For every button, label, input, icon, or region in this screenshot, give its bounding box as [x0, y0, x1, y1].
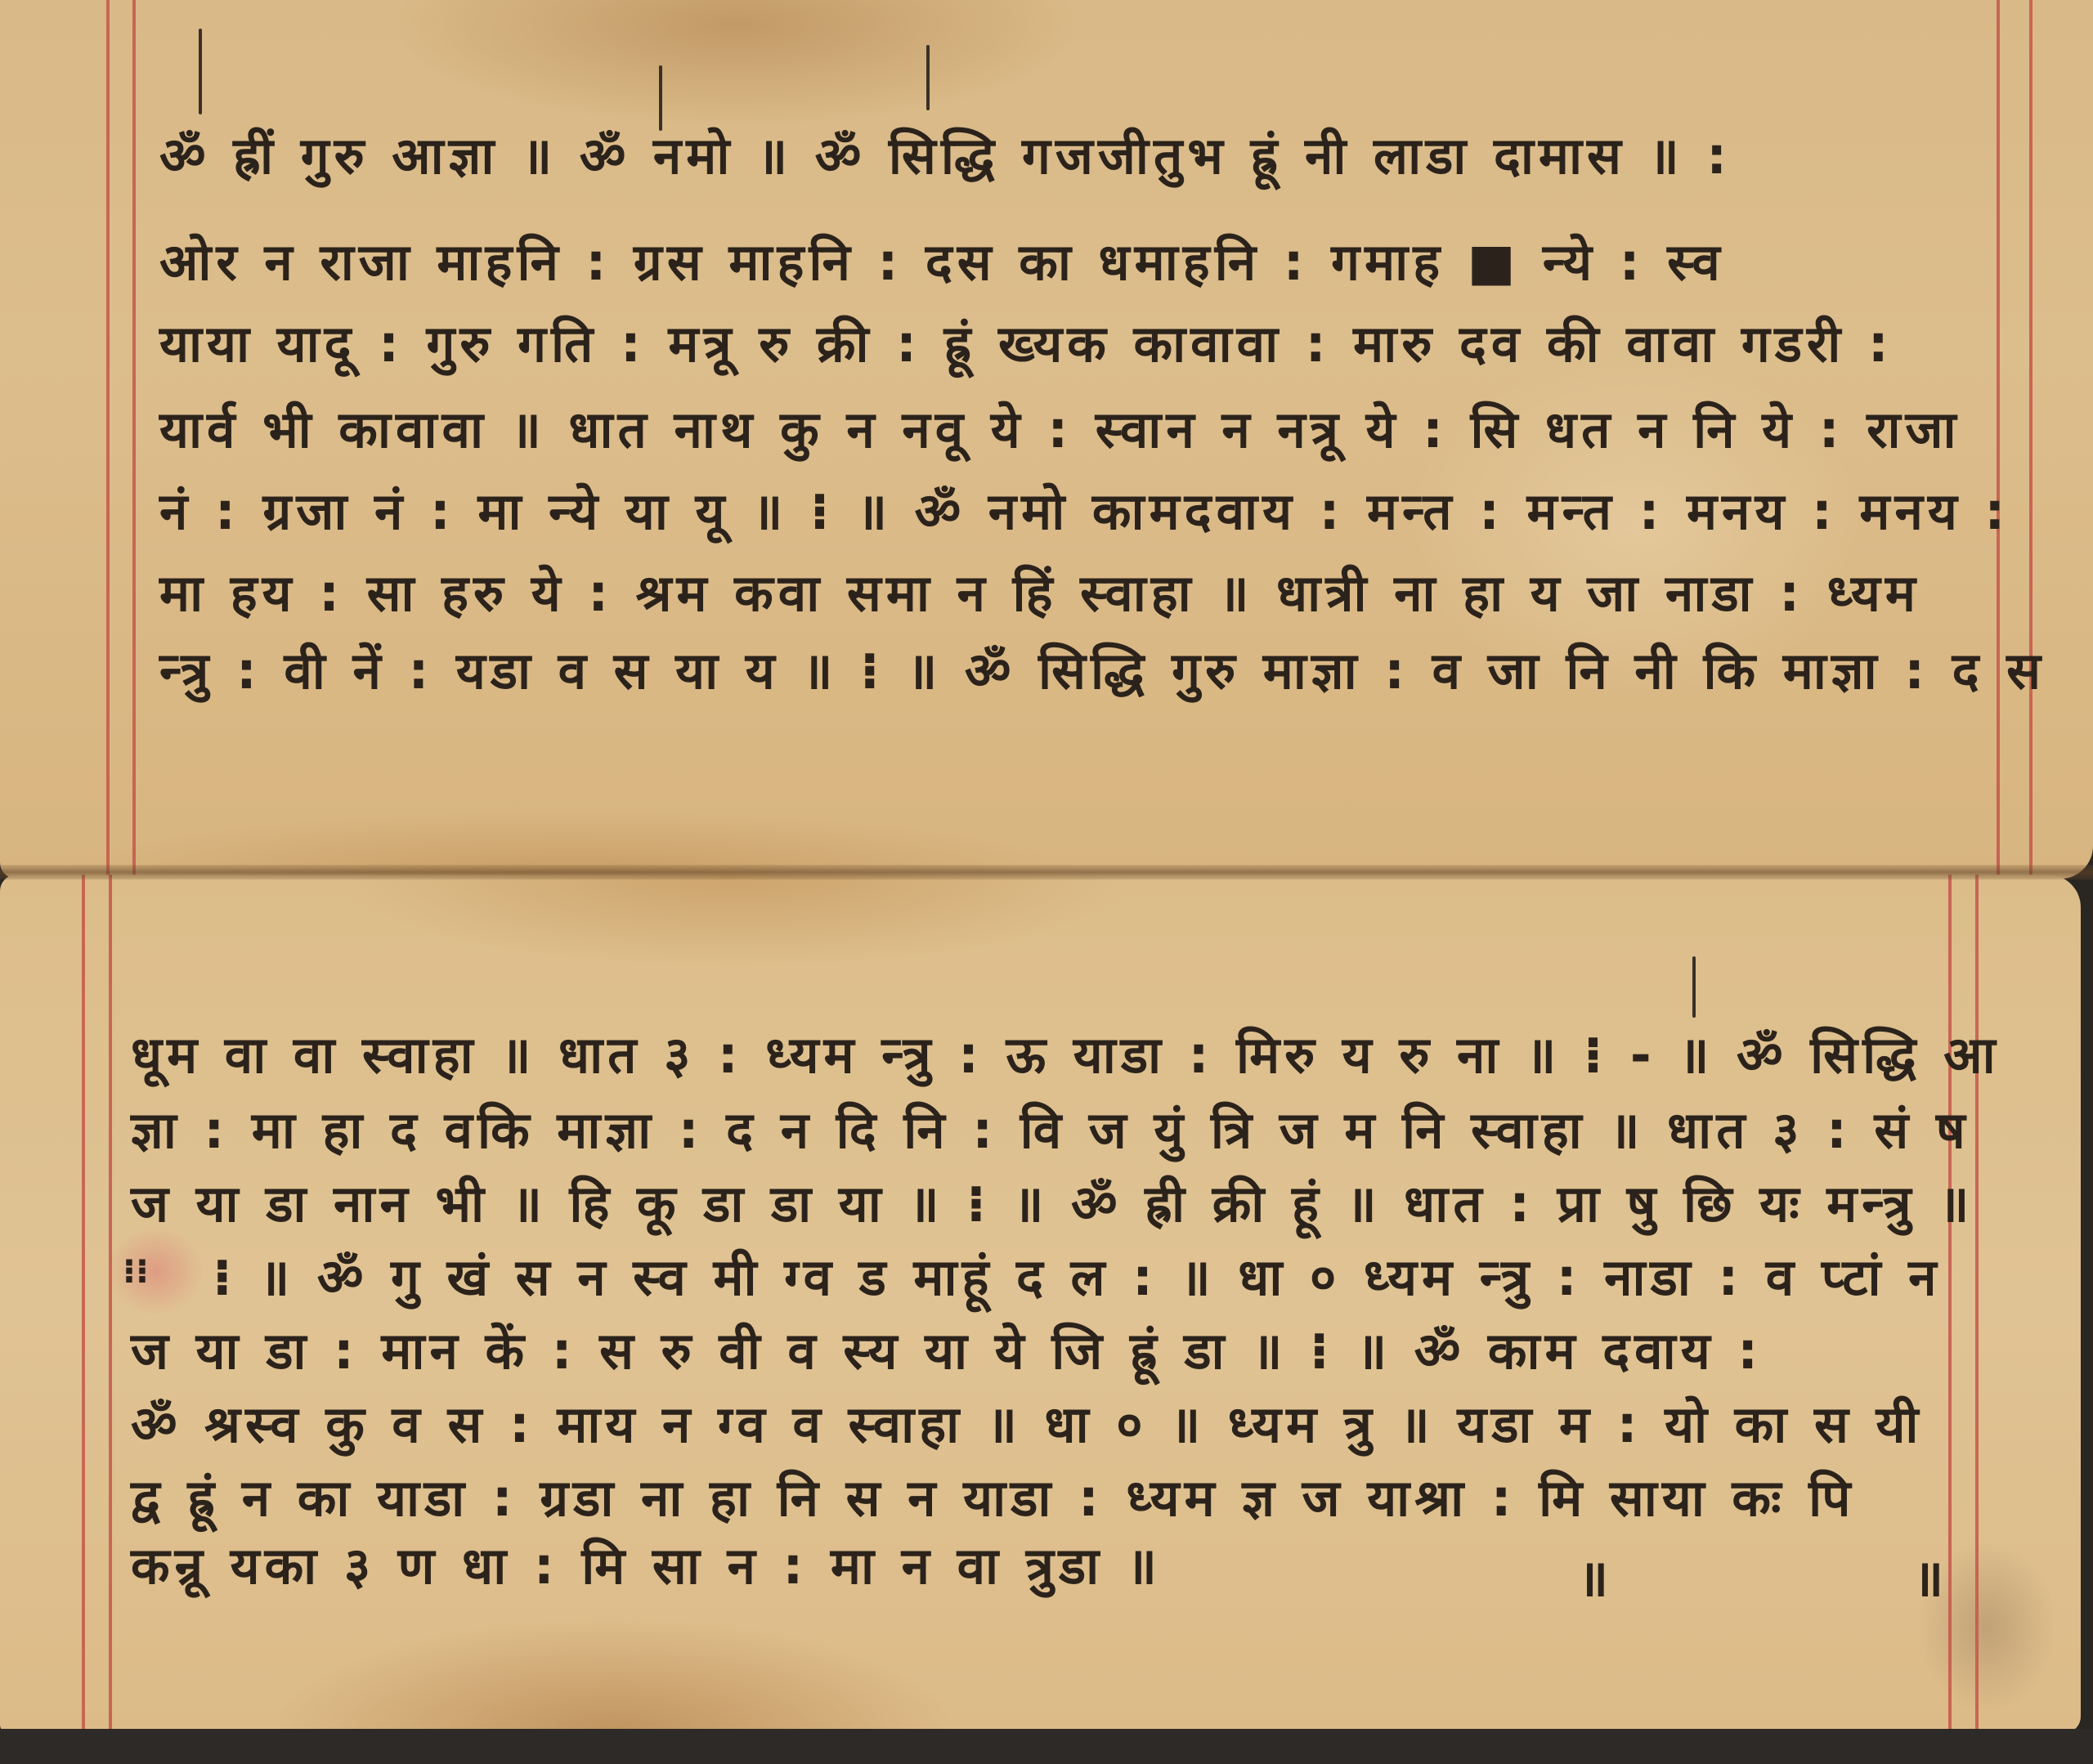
manuscript-line: धूम वा वा स्वाहा ॥ धात ३ : ध्यम न्त्रु :…: [131, 1030, 2001, 1081]
manuscript-line: मा हय : सा हरु ये : श्रम कवा समा न हिं स…: [159, 568, 1920, 619]
manuscript-line: यार्व भी कावावा ॥ धात नाथ कु न नवू ये : …: [159, 405, 1961, 455]
page-fold-crease: [0, 865, 2093, 880]
right-margin-rule-outer: [2029, 0, 2032, 879]
manuscript-line: द्व ह्रूं न का याडा : ग्रडा ना हा नि स न…: [131, 1473, 1855, 1524]
left-margin-rule-outer: [82, 875, 85, 1733]
right-margin-rule-outer: [1975, 875, 1979, 1733]
manuscript-line: ॐ श्रस्व कु व स : माय न ग्व व स्वाहा ॥ ध…: [131, 1399, 1923, 1450]
left-margin-rule-inner: [132, 0, 136, 879]
background-cloth: [0, 1729, 2093, 1764]
red-ink-smudge: [106, 1226, 204, 1316]
ink-guide-stroke: [926, 45, 930, 110]
manuscript-line: ज या डा नान भी ॥ हि कू डा डा या ॥ ⁝ ॥ ॐ …: [131, 1179, 1974, 1229]
top-manuscript-page: ॐ ह्रीं गुरु आज्ञा ॥ ॐ नमो ॥ ॐ सिद्धि गज…: [0, 0, 2093, 879]
double-danda-mark: ॥: [1578, 1553, 1613, 1604]
manuscript-line: कन्रू यका ३ ण धा : मि सा न : मा न वा त्र…: [131, 1541, 1162, 1592]
manuscript-line: ज या डा : मान कें : स रु वी व स्य या ये …: [131, 1326, 1763, 1377]
manuscript-line: न्त्रु : वी नें : यडा व स या य ॥ ⁝ ॥ ॐ स…: [159, 646, 2046, 696]
manuscript-line: नं : ग्रजा नं : मा न्ये या यू ॥ ⁝ ॥ ॐ नम…: [159, 486, 2010, 537]
bottom-manuscript-page: ⁝⁝ धूम वा वा स्वाहा ॥ धात ३ : ध्यम न्त्र…: [0, 875, 2081, 1733]
manuscript-line: ॐ ह्रीं गुरु आज्ञा ॥ ॐ नमो ॥ ॐ सिद्धि गज…: [159, 131, 1732, 181]
left-margin-rule-outer: [106, 0, 110, 879]
manuscript-line: ⁝ ॥ ॐ गु खं स न स्व मी ग्व ड माहूं द ल :…: [213, 1252, 1942, 1303]
right-margin-rule-inner: [1997, 0, 2000, 879]
manuscript-line: ज्ञा : मा हा द वकि माज्ञा : द न दि नि : …: [131, 1105, 1970, 1156]
manuscript-line: याया यादू : गुरु गति : मत्रू रु क्री : ह…: [159, 319, 1894, 369]
right-margin-rule-inner: [1948, 875, 1952, 1733]
double-danda-mark: ॥: [1913, 1553, 1948, 1604]
ink-guide-stroke: [199, 29, 202, 114]
margin-dot-mark: ⁝⁝: [123, 1251, 149, 1291]
ink-guide-stroke: [659, 65, 662, 131]
manuscript-line: ओर न राजा माहनि : ग्रस माहनि : दस का धमा…: [159, 237, 1725, 288]
ink-guide-stroke: [1692, 956, 1696, 1018]
